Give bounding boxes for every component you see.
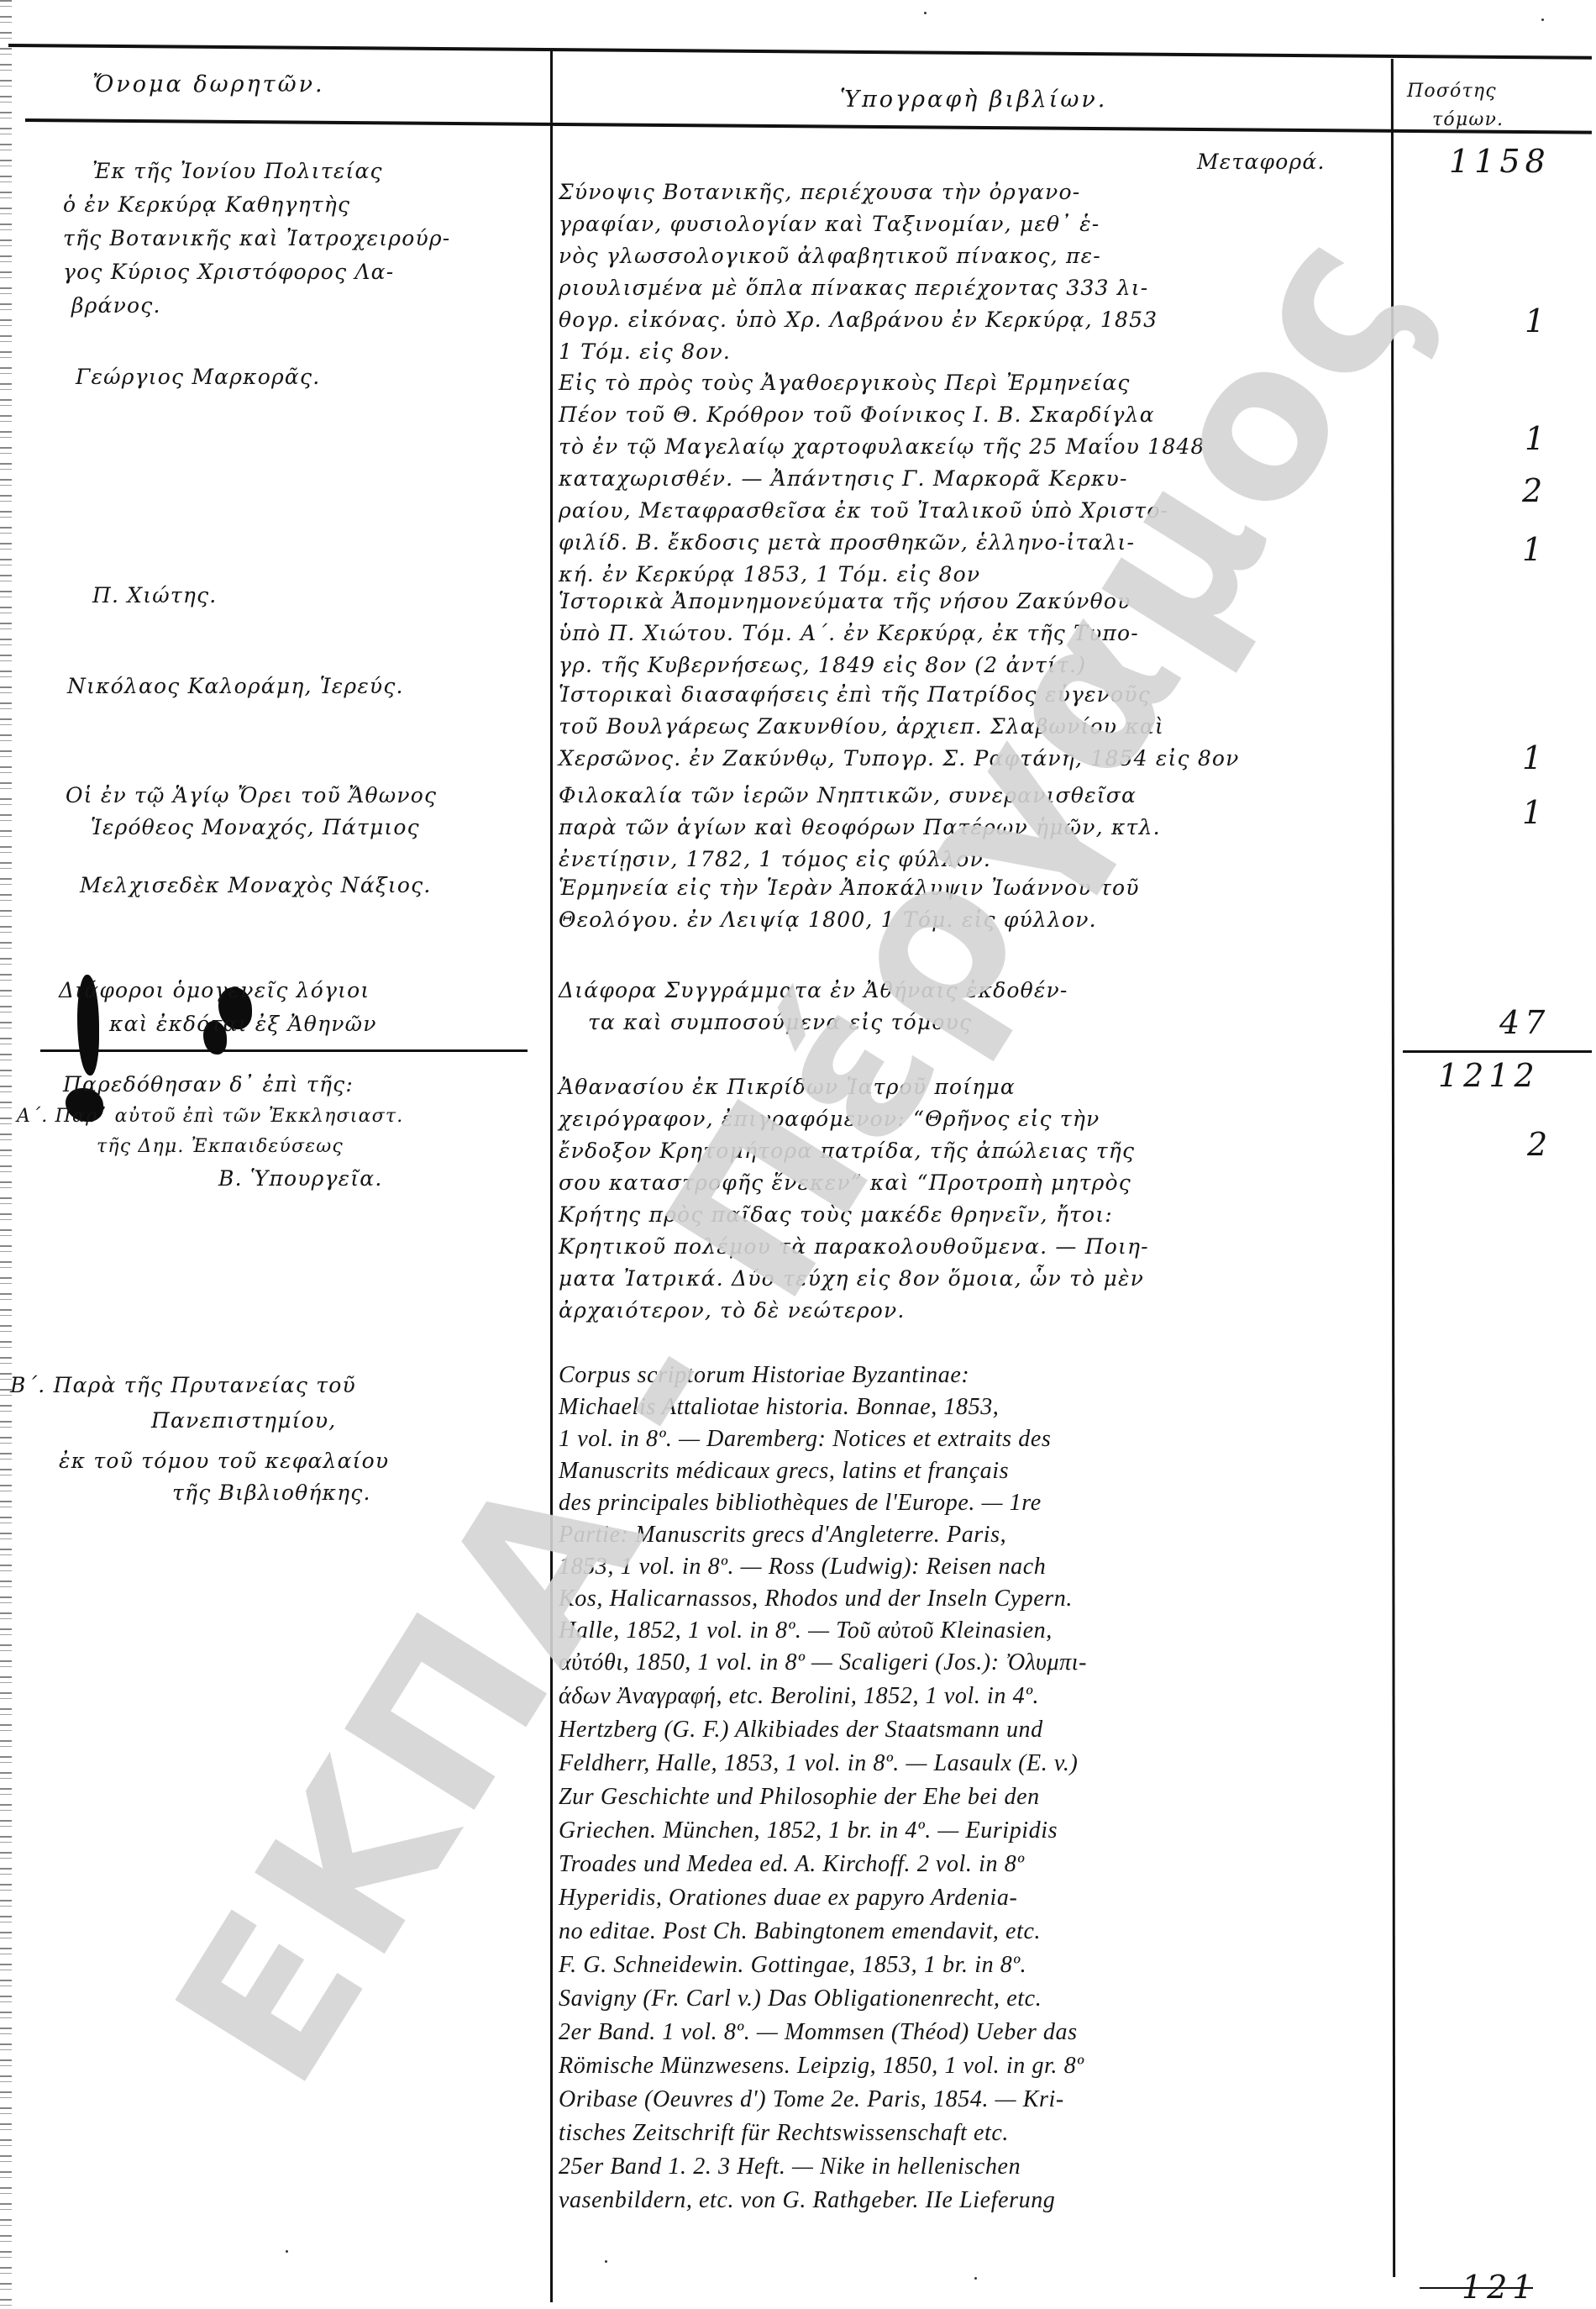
description-line: ραίου, Μεταφρασθεῖσα ἐκ τοῦ Ἰταλικοῦ ὑπὸ… bbox=[559, 495, 1168, 526]
donor-line: Νικόλαος Καλοράμη, Ἱερεύς. bbox=[67, 671, 404, 702]
description-line: τοῦ Βουλγάρεως Ζακυνθίου, ἀρχιεπ. Σλαβων… bbox=[559, 711, 1164, 742]
donor-line: Α΄. Παρ᾽ αὐτοῦ ἐπὶ τῶν Ἐκκλησιαστ. bbox=[17, 1101, 403, 1132]
description-line: ἔνδοξον Κρητομήτορα πατρίδα, τῆς ἀπώλεια… bbox=[559, 1135, 1135, 1166]
speck bbox=[924, 12, 927, 14]
description-line: ἀρχαιότερον, τὸ δὲ νεώτερον. bbox=[559, 1295, 906, 1326]
description-line: Manuscrits médicaux grecs, latins et fra… bbox=[559, 1455, 1009, 1486]
description-line: καταχωρισθέν. — Ἀπάντησις Γ. Μαρκορᾶ Κερ… bbox=[559, 463, 1128, 494]
donor-line: Π. Χιώτης. bbox=[92, 580, 217, 611]
description-line: τα καὶ συμποσούμενα εἰς τόμους bbox=[588, 1007, 972, 1038]
volumes-count: 1 bbox=[1522, 739, 1547, 776]
description-line: F. G. Schneidewin. Gottingae, 1853, 1 br… bbox=[559, 1949, 1026, 1980]
description-line: tisches Zeitschrift für Rechtswissenscha… bbox=[559, 2117, 1009, 2149]
donor-line: τῆς Βοτανικῆς καὶ Ἰατροχειρούρ- bbox=[63, 223, 450, 254]
description-line: Σύνοψις Βοτανικῆς, περιέχουσα τὴν ὀργανο… bbox=[559, 176, 1080, 208]
donor-line: Μελχισεδὲκ Μοναχὸς Νάξιος. bbox=[80, 870, 432, 901]
description-line: Zur Geschichte und Philosophie der Ehe b… bbox=[559, 1781, 1040, 1812]
description-line: Ἱστορικαὶ διασαφήσεις ἐπὶ τῆς Πατρίδος ε… bbox=[559, 679, 1151, 710]
description-line: Römische Münzwesens. Leipzig, 1850, 1 vo… bbox=[559, 2050, 1084, 2081]
description-line: Διάφορα Συγγράμματα ἐν Ἀθήναις ἐκδοθέν- bbox=[559, 975, 1068, 1006]
description-line: παρὰ τῶν ἁγίων καὶ θεοφόρων Πατέρων ἡμῶν… bbox=[559, 812, 1161, 843]
description-line: 1853, 1 vol. in 8º. — Ross (Ludwig): Rei… bbox=[559, 1551, 1046, 1582]
description-line: αὐτόθι, 1850, 1 vol. in 8º — Scaligeri (… bbox=[559, 1647, 1087, 1678]
donor-line: τῆς Βιβλιοθήκης. bbox=[172, 1477, 371, 1508]
description-line: Hyperidis, Orationes duae ex papyro Arde… bbox=[559, 1882, 1017, 1913]
donor-line: Ἐκ τῆς Ἰονίου Πολιτείας bbox=[92, 155, 383, 187]
description-line: Ἑρμηνεία εἰς τὴν Ἱερὰν Ἀποκάλυψιν Ἰωάννο… bbox=[559, 872, 1140, 903]
description-line: 1 vol. in 8º. — Daremberg: Notices et ex… bbox=[559, 1423, 1051, 1454]
description-line: ἐνετίῃσιν, 1782, 1 τόμος εἰς φύλλον. bbox=[559, 844, 991, 875]
header-donor-name: Ὄνομα δωρητῶν. bbox=[92, 69, 325, 100]
description-line: γρ. τῆς Κυβερνήσεως, 1849 εἰς 8ον (2 ἀντ… bbox=[559, 650, 1086, 681]
description-line: Griechen. München, 1852, 1 br. in 4º. — … bbox=[559, 1815, 1058, 1846]
description-line: φιλίδ. Β. ἔκδοσις μετὰ προσθηκῶν, ἑλληνο… bbox=[559, 527, 1135, 558]
column-divider-2 bbox=[1391, 59, 1395, 2277]
description-line: vasenbildern, etc. von G. Rathgeber. IIe… bbox=[559, 2185, 1055, 2216]
description-line: ριουλισμένα μὲ ὅπλα πίνακας περιέχοντας … bbox=[559, 272, 1148, 303]
section-rule-left bbox=[40, 1049, 528, 1052]
description-line: Halle, 1852, 1 vol. in 8º. — Τοῦ αὐτοῦ K… bbox=[559, 1615, 1053, 1646]
description-line: Κρητικοῦ πολέμου τὰ παρακολουθοῦμενα. — … bbox=[559, 1231, 1149, 1262]
description-line: Feldherr, Halle, 1853, 1 vol. in 8º. — L… bbox=[559, 1748, 1078, 1779]
description-line: Savigny (Fr. Carl v.) Das Obligationenre… bbox=[559, 1983, 1042, 2014]
section-rule-right bbox=[1403, 1050, 1592, 1053]
donor-line: ἐκ τοῦ τόμου τοῦ κεφαλαίου bbox=[59, 1445, 389, 1476]
donor-line: Διάφοροι ὁμογενεῖς λόγιοι bbox=[59, 975, 370, 1006]
header-rule bbox=[25, 118, 1592, 134]
header-volumes-line2: τόμων. bbox=[1432, 104, 1504, 135]
volumes-count: 121 bbox=[1462, 2269, 1538, 2306]
scan-edge bbox=[0, 0, 12, 2309]
description-line: 1 Τόμ. εἰς 8ον. bbox=[559, 336, 731, 367]
description-line: Corpus scriptorum Historiae Byzantinae: bbox=[559, 1360, 969, 1391]
description-line: νὸς γλωσσολογικοῦ ἀλφαβητικοῦ πίνακος, π… bbox=[559, 240, 1101, 271]
description-line: Hertzberg (G. F.) Alkibiades der Staatsm… bbox=[559, 1714, 1043, 1745]
description-line: ὑπὸ Π. Χιώτου. Τόμ. Α΄. ἐν Κερκύρᾳ, ἐκ τ… bbox=[559, 618, 1139, 649]
description-line: Ἀθανασίου ἐκ Πικρίδων Ἰατροῦ ποίημα bbox=[559, 1071, 1016, 1102]
donor-line: καὶ ἐκδόται ἐξ Ἀθηνῶν bbox=[109, 1008, 377, 1039]
description-line: 25er Band 1. 2. 3 Heft. — Nike in hellen… bbox=[559, 2151, 1021, 2182]
description-line: Πέον τοῦ Θ. Κρόθρον τοῦ Φοίνικος Ι. Β. Σ… bbox=[559, 399, 1155, 430]
donor-line: Β. Ὑπουργεῖα. bbox=[218, 1163, 383, 1194]
speck bbox=[1541, 18, 1544, 21]
donor-line: Οἱ ἐν τῷ Ἁγίῳ Ὄρει τοῦ Ἄθωνος bbox=[66, 780, 437, 811]
description-line: ματα Ἰατρικά. Δύο τεύχη εἰς 8ον ὅμοια, ὧ… bbox=[559, 1263, 1144, 1294]
ledger-page: ΕΚΠΑ - Πέργαμος Ὄνομα δωρητῶν. Ὑπογραφὴ … bbox=[0, 0, 1596, 2309]
donor-line: βράνος. bbox=[71, 290, 161, 321]
description-line: 2er Band. 1 vol. 8º. — Mommsen (Théod) U… bbox=[559, 2017, 1078, 2048]
description-line: θογρ. εἰκόνας. ὑπὸ Χρ. Λαβράνου ἐν Κερκύ… bbox=[559, 304, 1158, 335]
description-line: τὸ ἐν τῷ Μαγελαίῳ χαρτοφυλακείῳ τῆς 25 Μ… bbox=[559, 431, 1205, 462]
description-line: Troades und Medea ed. A. Kirchoff. 2 vol… bbox=[559, 1849, 1025, 1880]
donor-line: γος Κύριος Χριστόφορος Λα- bbox=[63, 256, 394, 287]
description-line: Θεολόγου. ἐν Λειψίᾳ 1800, 1 Τόμ. εἰς φύλ… bbox=[559, 904, 1097, 935]
volumes-count: 1 bbox=[1522, 531, 1547, 568]
description-line: des principales bibliothèques de l'Europ… bbox=[559, 1487, 1042, 1518]
description-line: Χερσῶνος. ἐν Ζακύνθῳ, Τυπογρ. Σ. Ραφτάνη… bbox=[559, 743, 1240, 774]
donor-line: ὁ ἐν Κερκύρᾳ Καθηγητὴς bbox=[63, 189, 350, 220]
description-line: Ἱστορικὰ Ἀπομνημονεύματα τῆς νήσου Ζακύν… bbox=[559, 586, 1131, 617]
volumes-count-section1-last: 47 bbox=[1499, 1004, 1550, 1041]
donor-line: Πανεπιστημίου, bbox=[151, 1405, 336, 1436]
description-line: Φιλοκαλία τῶν ἱερῶν Νηπτικῶν, συνερανισθ… bbox=[559, 780, 1137, 811]
volumes-count: 2 bbox=[1522, 472, 1547, 509]
donor-line: Παρεδόθησαν δ᾽ ἐπὶ τῆς: bbox=[63, 1069, 354, 1100]
speck bbox=[286, 2250, 288, 2253]
description-line: Εἰς τὸ πρὸς τοὺς Ἀγαθοεργικοὺς Περὶ Ἐρμη… bbox=[559, 367, 1131, 398]
section1-subtotal: 1212 bbox=[1438, 1057, 1540, 1094]
speck bbox=[605, 2260, 607, 2263]
donor-line: Ἱερόθεος Μοναχός, Πάτμιος bbox=[91, 812, 420, 843]
carried-forward-label: Μεταφορά. bbox=[1197, 146, 1326, 177]
top-rule bbox=[8, 44, 1592, 60]
volumes-count: 2 bbox=[1527, 1126, 1552, 1163]
donor-line: τῆς Δημ. Ἐκπαιδεύσεως bbox=[97, 1131, 344, 1162]
donor-line: Β΄. Παρὰ τῆς Πρυτανείας τοῦ bbox=[10, 1370, 356, 1401]
carried-forward-total: 1158 bbox=[1449, 143, 1551, 180]
description-line: γραφίαν, φυσιολογίαν καὶ Ταξινομίαν, μεθ… bbox=[559, 208, 1100, 239]
column-divider-1 bbox=[550, 50, 553, 2302]
donor-line: Γεώργιος Μαρκορᾶς. bbox=[76, 361, 320, 392]
description-line: χειρόγραφον, ἐπιγραφόμενον: “Θρῆνος εἰς … bbox=[559, 1103, 1100, 1134]
volumes-count: 1 bbox=[1522, 794, 1547, 831]
volumes-count: 1 bbox=[1525, 302, 1550, 339]
description-line: άδων Ἀναγραφή, etc. Berolini, 1852, 1 vo… bbox=[559, 1680, 1039, 1712]
description-line: Partie: Manuscrits grecs d'Angleterre. P… bbox=[559, 1519, 1006, 1550]
description-line: σου καταστροφῆς ἕνεκεν” καὶ “Προτροπὴ μη… bbox=[559, 1167, 1131, 1198]
description-line: Κρήτης πρὸς παῖδας τοὺς μακέδε θρηνεῖν, … bbox=[559, 1199, 1113, 1230]
header-volumes-line1: Ποσότης bbox=[1407, 76, 1497, 107]
header-book-description: Ὑπογραφὴ βιβλίων. bbox=[840, 84, 1107, 115]
speck bbox=[974, 2277, 977, 2280]
volumes-count: 1 bbox=[1525, 420, 1550, 457]
description-line: Michaelis Attaliotae historia. Bonnae, 1… bbox=[559, 1391, 999, 1423]
description-line: no editae. Post Ch. Babingtonem emendavi… bbox=[559, 1916, 1041, 1947]
description-line: Oribase (Oeuvres d') Tome 2e. Paris, 185… bbox=[559, 2084, 1064, 2115]
description-line: Kos, Halicarnassos, Rhodos und der Insel… bbox=[559, 1583, 1073, 1614]
